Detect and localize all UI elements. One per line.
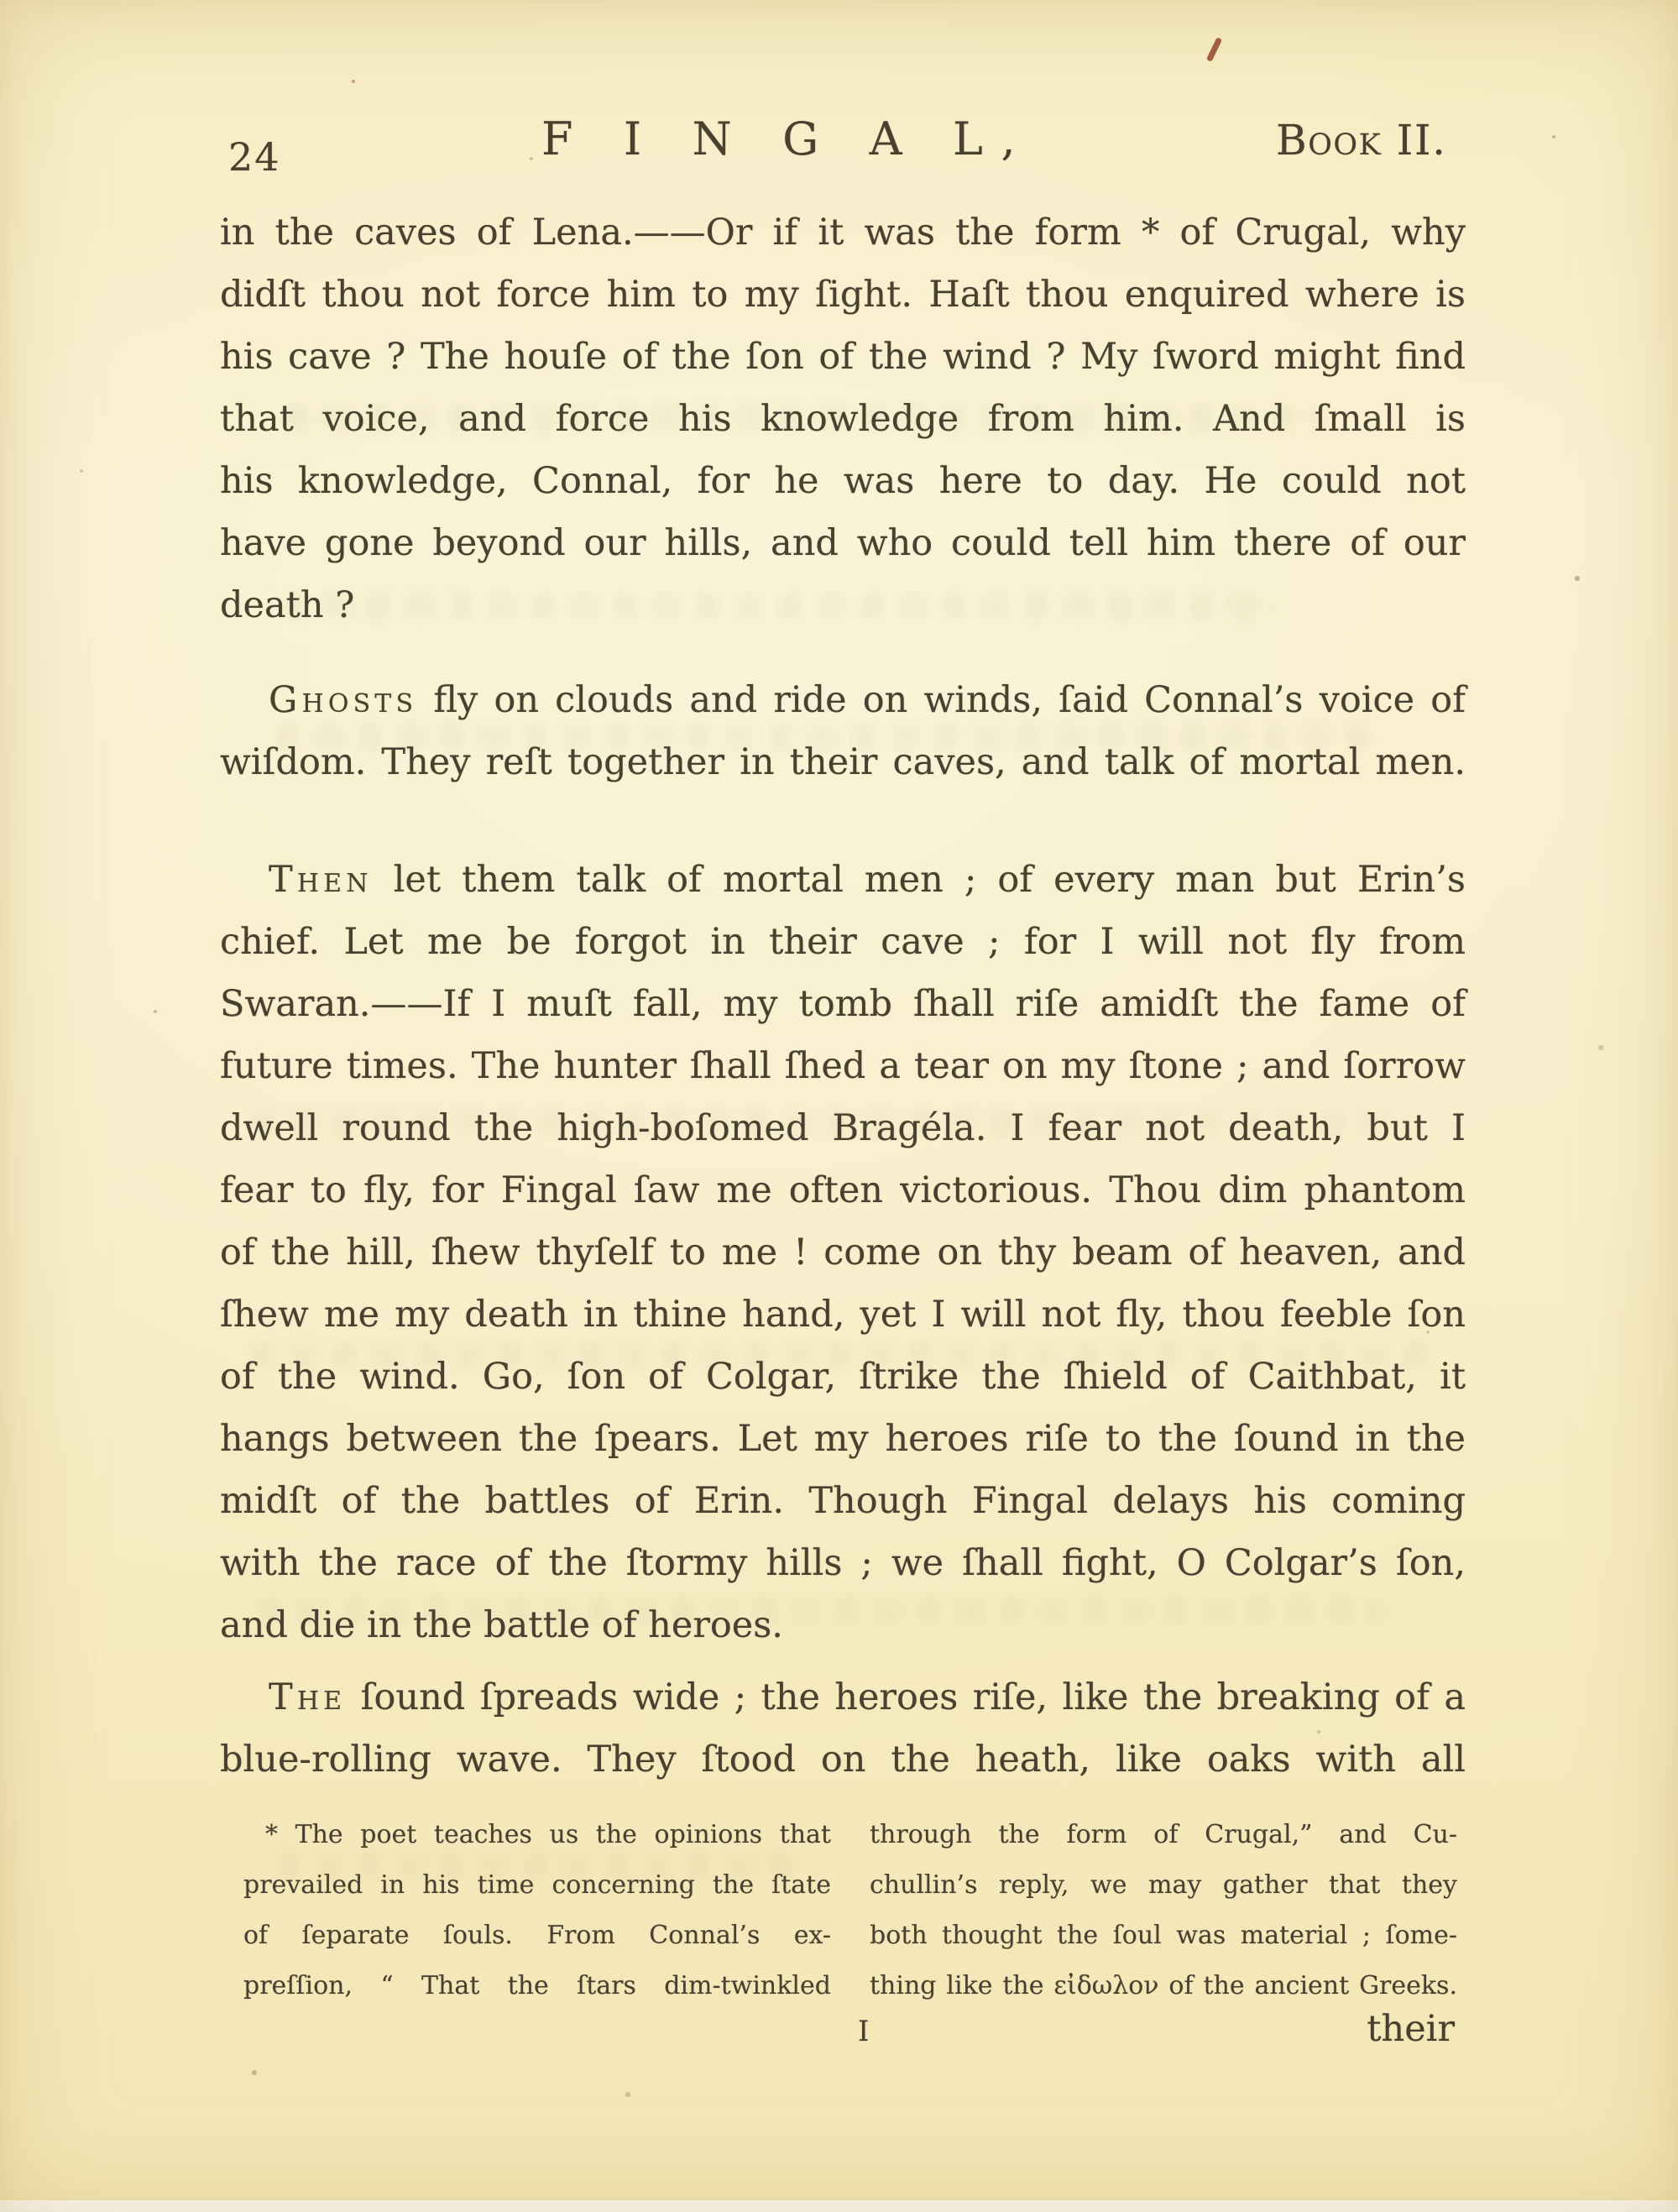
footnote-line: of ſeparate ſouls. From Connal’s ex- — [243, 1911, 831, 1961]
paper-specks — [0, 0, 2, 2]
text-line: ſhew me my death in thine hand, yet I wi… — [220, 1284, 1466, 1346]
paragraph: in the caves of Lena.——Or if it was the … — [220, 201, 1466, 636]
small-caps-word: Then — [269, 859, 373, 901]
running-title: F I N G A L, — [541, 112, 1033, 165]
small-caps-word: The — [269, 1676, 346, 1718]
red-ink-mark — [1206, 37, 1222, 62]
text-line: fear to fly, for Fingal ſaw me often vic… — [220, 1159, 1466, 1221]
text-line: his cave ? The houſe of the ſon of the w… — [220, 326, 1466, 388]
small-caps-word: Ghosts — [269, 679, 417, 721]
body-text: in the caves of Lena.——Or if it was the … — [220, 201, 1466, 1791]
text-line: and die in the battle of heroes. — [220, 1594, 1466, 1656]
text-line: The ſound ſpreads wide ; the heroes riſe… — [220, 1666, 1466, 1728]
text-line: Ghosts fly on clouds and ride on winds, … — [220, 669, 1466, 731]
book-page-scan: 24 F I N G A L, Book II. in the caves of… — [0, 0, 1678, 2212]
text-line: hangs between the ſpears. Let my heroes … — [220, 1408, 1466, 1470]
text-line: blue-rolling wave. They ſtood on the hea… — [220, 1728, 1466, 1791]
footnote-line: through the form of Crugal,” and Cu- — [870, 1810, 1457, 1860]
paragraph: Ghosts fly on clouds and ride on winds, … — [220, 669, 1466, 793]
text-line: Then let them talk of mortal men ; of ev… — [220, 849, 1466, 911]
text-line: wiſdom. They reſt together in their cave… — [220, 731, 1466, 793]
catchword: their — [1367, 2008, 1455, 2050]
text-line: future times. The hunter ſhall ſhed a te… — [220, 1035, 1466, 1097]
paragraph: Then let them talk of mortal men ; of ev… — [220, 849, 1466, 1656]
text-line: in the caves of Lena.——Or if it was the … — [220, 201, 1466, 264]
footnote: * The poet teaches us the opinions that … — [243, 1810, 1457, 2011]
text-line: his knowledge, Connal, for he was here t… — [220, 450, 1466, 512]
footnote-line: prevailed in his time concerning the ſta… — [243, 1860, 831, 1911]
paragraph: The ſound ſpreads wide ; the heroes riſe… — [220, 1666, 1466, 1791]
text-line: of the wind. Go, ſon of Colgar, ſtrike t… — [220, 1346, 1466, 1408]
scan-edge — [0, 2200, 1678, 2212]
text-line: death ? — [220, 574, 1466, 636]
text-line: Swaran.——If I muſt fall, my tomb ſhall r… — [220, 973, 1466, 1035]
text-line: midſt of the battles of Erin. Though Fin… — [220, 1470, 1466, 1532]
text-line: chief. Let me be forgot in their cave ; … — [220, 911, 1466, 973]
text-line: of the hill, ſhew thyſelf to me ! come o… — [220, 1221, 1466, 1284]
signature-mark: I — [858, 2015, 869, 2048]
text-line: dwell round the high-boſomed Bragéla. I … — [220, 1097, 1466, 1159]
footnote-line: both thought the ſoul was material ; ſom… — [870, 1911, 1457, 1961]
page-number: 24 — [228, 134, 281, 180]
text-line: that voice, and force his knowledge from… — [220, 388, 1466, 450]
text-line: with the race of the ſtormy hills ; we ſ… — [220, 1532, 1466, 1594]
footnote-line: preſſion, “ That the ſtars dim-twinkled — [243, 1961, 831, 2011]
book-label: Book II. — [1276, 116, 1447, 165]
footnote-line: * The poet teaches us the opinions that — [243, 1810, 831, 1860]
text-line: have gone beyond our hills, and who coul… — [220, 512, 1466, 574]
footnote-column-right: through the form of Crugal,” and Cu- chu… — [870, 1810, 1457, 2011]
text-line: didſt thou not force him to my ſight. Ha… — [220, 264, 1466, 326]
footnote-line: chullin’s reply, we may gather that they — [870, 1860, 1457, 1911]
footnote-column-left: * The poet teaches us the opinions that … — [243, 1810, 831, 2011]
footnote-line: thing like the εἰδωλον of the ancient Gr… — [870, 1961, 1457, 2011]
